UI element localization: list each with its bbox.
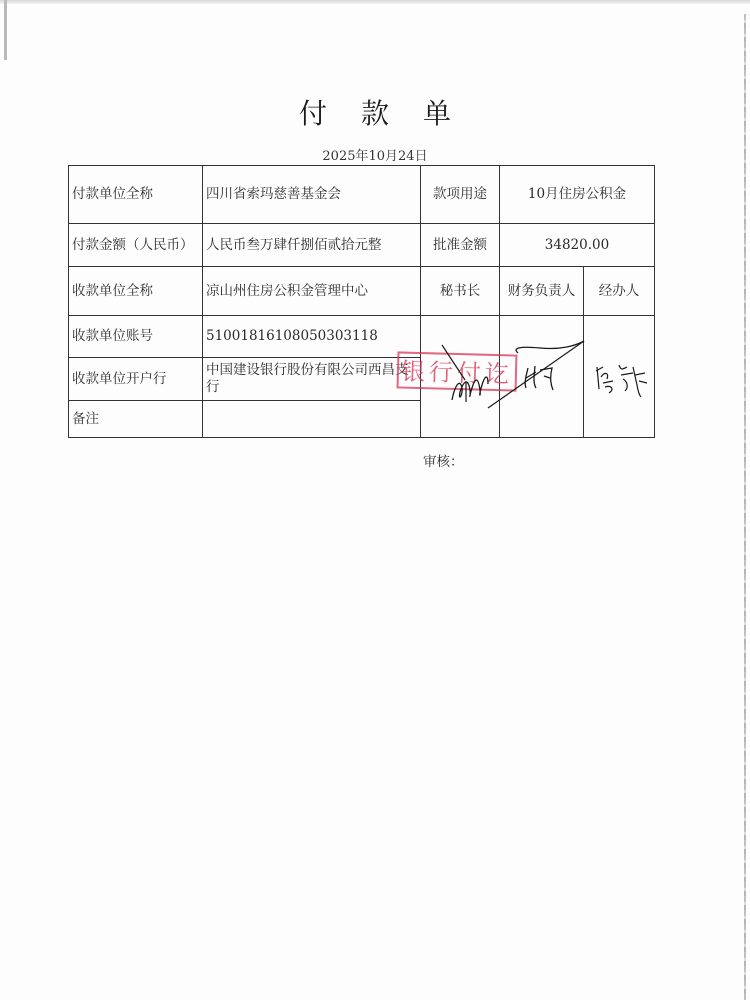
payee-account-value: 51001816108050303118 [203, 316, 421, 358]
scan-edge-right [744, 14, 746, 1000]
approved-amount-label: 批准金额 [421, 224, 500, 267]
remarks-label: 备注 [69, 401, 203, 438]
remarks-value [203, 401, 421, 438]
approval-header-finance-head: 财务负责人 [500, 267, 584, 316]
approval-header-secretary-general: 秘书长 [421, 267, 500, 316]
signature-cell-handler [584, 316, 655, 438]
payer-name-value: 四川省索玛慈善基金会 [203, 166, 421, 224]
payment-form-table: 付款单位全称 四川省索玛慈善基金会 款项用途 10月住房公积金 付款金额（人民币… [68, 165, 655, 438]
amount-value: 人民币叁万肆仟捌佰贰拾元整 [203, 224, 421, 267]
payee-bank-label: 收款单位开户行 [69, 358, 203, 401]
payer-name-label: 付款单位全称 [69, 166, 203, 224]
payee-account-label: 收款单位账号 [69, 316, 203, 358]
review-label: 审核： [423, 450, 464, 470]
row-amount: 付款金额（人民币） 人民币叁万肆仟捌佰贰拾元整 批准金额 34820.00 [69, 224, 655, 267]
payee-bank-value: 中国建设银行股份有限公司西昌支行 [203, 358, 421, 401]
approved-amount-value: 34820.00 [500, 224, 655, 267]
amount-label: 付款金额（人民币） [69, 224, 203, 267]
row-payee-account: 收款单位账号 51001816108050303118 [69, 316, 655, 358]
scan-edge-top [0, 0, 750, 4]
bank-paid-stamp: 银行付讫 [397, 351, 518, 391]
purpose-value: 10月住房公积金 [500, 166, 655, 224]
purpose-label: 款项用途 [421, 166, 500, 224]
document-title: 付款单 [250, 92, 500, 132]
payee-name-value: 凉山州住房公积金管理中心 [203, 267, 421, 316]
approval-header-handler: 经办人 [584, 267, 655, 316]
row-payer-name: 付款单位全称 四川省索玛慈善基金会 款项用途 10月住房公积金 [69, 166, 655, 224]
row-payee-name: 收款单位全称 凉山州住房公积金管理中心 秘书长 财务负责人 经办人 [69, 267, 655, 316]
scan-edge-left [4, 0, 7, 60]
payee-name-label: 收款单位全称 [69, 267, 203, 316]
document-date: 2025年10月24日 [250, 145, 500, 164]
